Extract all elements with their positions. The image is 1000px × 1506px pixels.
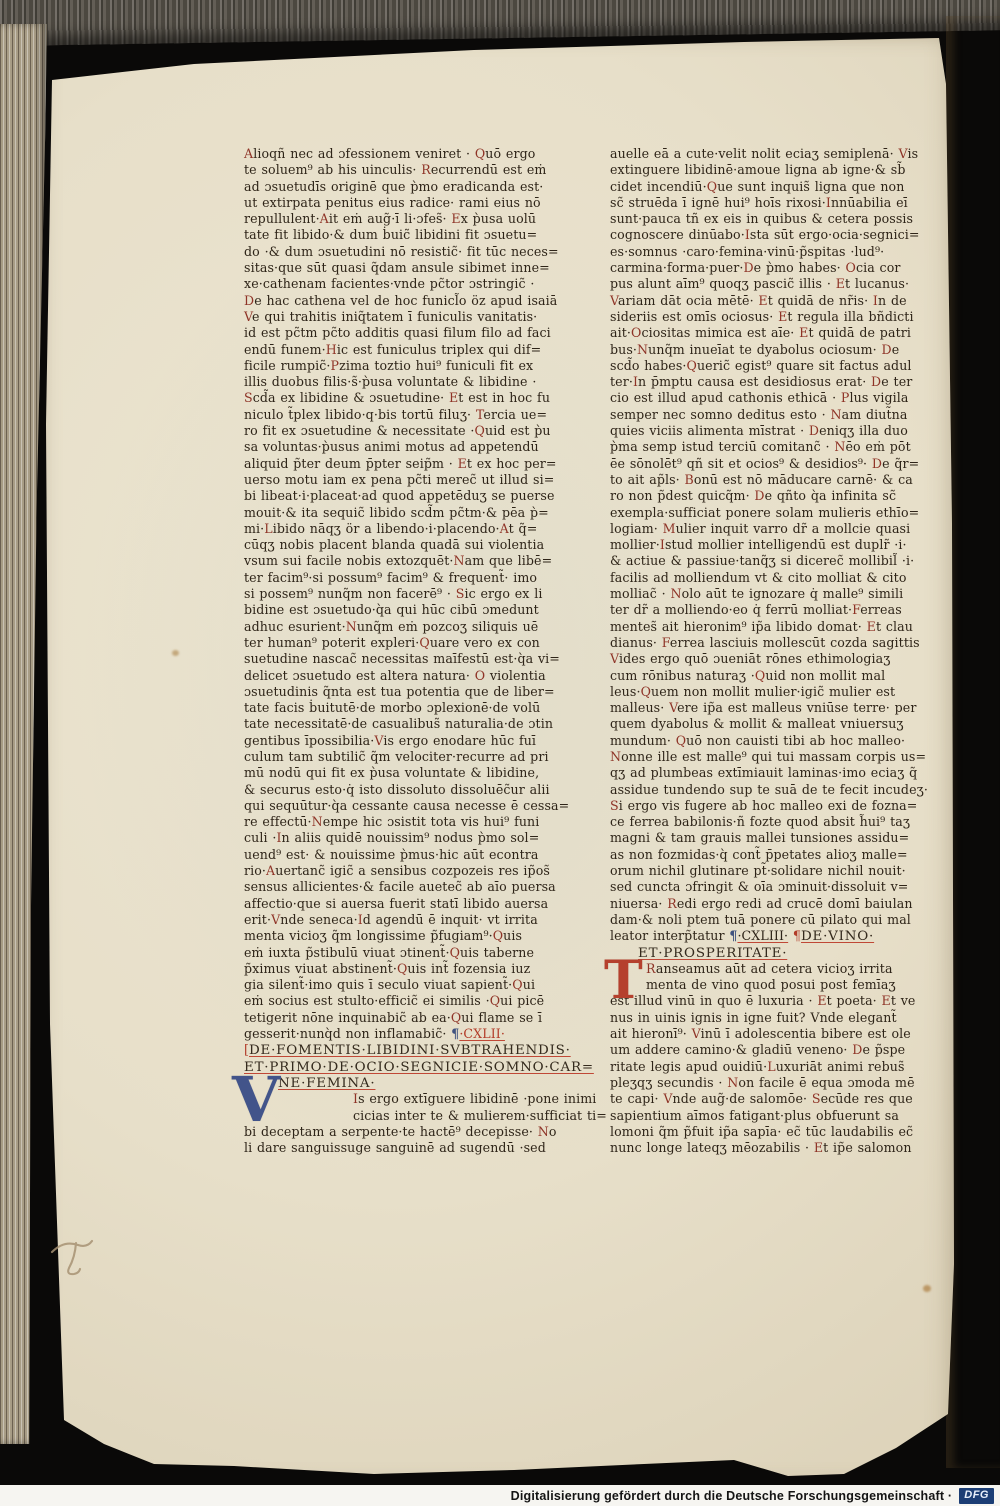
text-line: ter facim⁹·si possum⁹ facim⁹ & frequent̃… bbox=[244, 570, 568, 586]
text-line: mundum· Quō non cauisti tibi ab hoc mall… bbox=[610, 733, 946, 749]
text-line: to ait ap̃ls· Bonū est nō māducare carnē… bbox=[610, 472, 946, 488]
text-line: p̃ximus viuat abstinent̃·Quis int̃ fozen… bbox=[244, 961, 568, 977]
text-column-right: auelle eā a cute·velit nolit eciaʒ semip… bbox=[610, 146, 946, 1156]
text-line: malleus· Vere ip̃a est malleus vniūse te… bbox=[610, 700, 946, 716]
text-line: rio·Auertanc̃ igic̃ a sensibus cozpozeis… bbox=[244, 863, 568, 879]
text-line: ET·PRIMO·DE·OCIO·SEGNICIE·SOMNO·CAR= bbox=[244, 1059, 568, 1075]
text-line: mū nodū qui fit ex p̀usa voluntate & lib… bbox=[244, 765, 568, 781]
text-line: molliac̃ · Nolo aūt te ignozare q̇ malle… bbox=[610, 586, 946, 602]
next-leaf-edge bbox=[946, 16, 1000, 1468]
text-line: Scd̃a ex libidine & ɔsuetudine· Et est i… bbox=[244, 390, 568, 406]
text-line: es·somnus ·caro·femina·vinū·p̃spitas ·lu… bbox=[610, 244, 946, 260]
text-line: gentibus īpossibilia·Vis ergo enodare hū… bbox=[244, 733, 568, 749]
lombard-initial: V bbox=[232, 1069, 280, 1131]
text-line: re effectū·Nempe hic ɔsistit tota vis hu… bbox=[244, 814, 568, 830]
text-line: adhuc esurient·Nunq̃m eṁ pozcoʒ siliquis… bbox=[244, 619, 568, 635]
text-line: gia silent̃·imo quis ī seculo viuat sapi… bbox=[244, 977, 568, 993]
text-line: si possem⁹ nunq̃m non facerē⁹ · Sic ergo… bbox=[244, 586, 568, 602]
text-line: ro fit ex ɔsuetudine & necessitate ·Quid… bbox=[244, 423, 568, 439]
text-line: mentes̃ ait hieronim⁹ ip̃a libido domat·… bbox=[610, 619, 946, 635]
text-line: bi deceptam a serpente·te hactē⁹ decepis… bbox=[244, 1124, 568, 1140]
text-line: cūqʒ nobis placent blanda quadā sui viol… bbox=[244, 537, 568, 553]
text-line: cidet incendiū·Que sunt inquis̃ ligna qu… bbox=[610, 179, 946, 195]
text-line: qʒ ad plumbeas extīmiauit laminas·imo ec… bbox=[610, 765, 946, 781]
text-line: bi libeat·i·placeat·ad quod appetēduʒ se… bbox=[244, 488, 568, 504]
text-line: ter·In p̄mptu causa est desidiosus erat·… bbox=[610, 374, 946, 390]
text-line: Nonne ille est malle⁹ qui tui massam cor… bbox=[610, 749, 946, 765]
text-column-left: Alioqñ nec ad ɔfessionem veniret · Quō e… bbox=[244, 146, 568, 1156]
text-line: leus·Quem non mollit mulier·igic̃ mulier… bbox=[610, 684, 946, 700]
text-line: Si ergo vis fugere ab hoc malleo exi de … bbox=[610, 798, 946, 814]
text-line: ait hieronī⁹· Vinū ī adolescentia bibere… bbox=[610, 1026, 946, 1042]
text-line: & actiue & passiue·tanq̃ʒ si dicerec̃ mo… bbox=[610, 553, 946, 569]
text-line: scd̃o habes·Queric̃ egist⁹ quare sit fac… bbox=[610, 358, 946, 374]
text-line: logiam· Mulier inquit varro dr̃ a mollci… bbox=[610, 521, 946, 537]
text-line: orum nichil glutinare pt̃·solidare nichi… bbox=[610, 863, 946, 879]
text-line: cum rōnibus naturaʒ ·Quid non mollit mal bbox=[610, 668, 946, 684]
dfg-logo: DFG bbox=[959, 1488, 994, 1504]
text-line: uend⁹ est· & nouissime p̀mus·hic aūt eco… bbox=[244, 847, 568, 863]
text-line: mi·Libido nāqʒ ör a libendo·i·placendo·A… bbox=[244, 521, 568, 537]
text-line: & securus esto·q̇ isto dissoluto dissolu… bbox=[244, 782, 568, 798]
text-line: ɔsuetudinis q̃nta est tua potentia que d… bbox=[244, 684, 568, 700]
text-line: endū funem·Hic est funiculus triplex qui… bbox=[244, 342, 568, 358]
text-line: do ·& dum ɔsuetudini nō resistic̃· fit t… bbox=[244, 244, 568, 260]
text-line: ficile rumpic̃·Pzima toztio hui⁹ funicul… bbox=[244, 358, 568, 374]
text-line: Is ergo extīguere libidinē ·pone inimi bbox=[244, 1091, 568, 1107]
text-line: menta vicioʒ q̃m longissime p̃fugiam⁹·Qu… bbox=[244, 928, 568, 944]
text-line: carmina·forma·puer·De p̀mo habes· Ocia c… bbox=[610, 260, 946, 276]
text-line: nunc longe lateqʒ mēozabilis · Et ip̃e s… bbox=[610, 1140, 946, 1156]
text-line: ut extirpata penitus eius radice· rami e… bbox=[244, 195, 568, 211]
text-line: sed cuncta ɔfringit & oīa ɔminuit·dissol… bbox=[610, 879, 946, 895]
text-line: dianus· Ferrea lasciuis mollescūt cozda … bbox=[610, 635, 946, 651]
text-line: ce ferrea babilonis·ñ fozte quod absit h… bbox=[610, 814, 946, 830]
text-line: delicet ɔsuetudo est altera natura· O vi… bbox=[244, 668, 568, 684]
text-line: gesserit·nunq̀d non inflamabic̃· ¶·CXLII… bbox=[244, 1026, 568, 1042]
margin-ink-mark bbox=[46, 1232, 104, 1280]
text-line: niculo t̃plex libido·q·bis tortū filuʒ· … bbox=[244, 407, 568, 423]
text-line: te capi· Vnde aug̃·de salomōe· Secūde re… bbox=[610, 1091, 946, 1107]
text-line: ait·Ociositas mimica est aīe· Et quidā d… bbox=[610, 325, 946, 341]
text-line: [DE·FOMENTIS·LIBIDINI·SVBTRAHENDIS· bbox=[244, 1042, 568, 1058]
text-line: suetudine nascac̃ necessitas maīfestū es… bbox=[244, 651, 568, 667]
text-line: ET·PROSPERITATE· bbox=[610, 945, 946, 961]
text-line: cognoscere dinūabo·Ista sūt ergo·ocia·se… bbox=[610, 227, 946, 243]
text-line: culum tam subtilic̃ q̃m velociter·recurr… bbox=[244, 749, 568, 765]
text-line: xe·cathenam facientes·vnde pc̃tor ɔstrin… bbox=[244, 276, 568, 292]
text-line: id est pc̃tm pc̃to additis quasi filum f… bbox=[244, 325, 568, 341]
text-line: facilis ad molliendum vt & cito molliat … bbox=[610, 570, 946, 586]
text-line: Vides ergo quō ɔueniāt rōnes ethimologia… bbox=[610, 651, 946, 667]
text-line: Ve qui trahitis iniq̃tatem ī funiculis v… bbox=[244, 309, 568, 325]
text-line: magni & tam grauis mallei tunsiones assi… bbox=[610, 830, 946, 846]
text-line: pleʒqʒ secundis · Non facile ē equa ɔmod… bbox=[610, 1075, 946, 1091]
text-line: lomoni q̃m p̃fuit ip̃a sapīa· ec̃ tūc la… bbox=[610, 1124, 946, 1140]
text-line: NE·FEMINA· bbox=[244, 1075, 568, 1091]
text-line: ad ɔsuetudīs originē que p̀mo eradicanda… bbox=[244, 179, 568, 195]
text-line: um addere camino·& gladiū veneno· De p̃s… bbox=[610, 1042, 946, 1058]
text-line: est illud vinū in quo ē luxuria · Et poe… bbox=[610, 993, 946, 1009]
text-line: sensus allicientes·& facile auetec̃ ab a… bbox=[244, 879, 568, 895]
text-line: De hac cathena vel de hoc funicl̃o öz ap… bbox=[244, 293, 568, 309]
text-line: mouit·& ita sequic̃ libido scd̃m pc̃tm·&… bbox=[244, 505, 568, 521]
text-line: ro non p̃dest quicq̃m· De qñto q̀a infin… bbox=[610, 488, 946, 504]
text-line: qui sequūtur·q̀a cessante causa necesse … bbox=[244, 798, 568, 814]
text-line: extinguere libidinē·amoue ligna ab igne·… bbox=[610, 162, 946, 178]
text-line: Alioqñ nec ad ɔfessionem veniret · Quō e… bbox=[244, 146, 568, 162]
scanned-book-page: Alioqñ nec ad ɔfessionem veniret · Quō e… bbox=[0, 0, 1000, 1506]
text-line: erit·Vnde seneca·Id agendū ē inquit· vt … bbox=[244, 912, 568, 928]
text-line: te soluem⁹ ab his uinculis· Recurrendū e… bbox=[244, 162, 568, 178]
text-line: assidue tundendo sup te suā de te fecit … bbox=[610, 782, 946, 798]
text-line: tetigerit nōne inquinabic̃ ab ea·Qui fla… bbox=[244, 1010, 568, 1026]
text-line: tate necessitatē·de casualibus̃ naturali… bbox=[244, 716, 568, 732]
stain-spot bbox=[923, 1285, 931, 1292]
book-block-page-edges bbox=[0, 24, 47, 1444]
text-line: Ranseamus aūt ad cetera vicioʒ irrita bbox=[610, 961, 946, 977]
text-line: mollier·Istud mollier intelligendū est d… bbox=[610, 537, 946, 553]
text-line: exempla·sufficiat ponere solam mulieris … bbox=[610, 505, 946, 521]
text-line: p̀ma semp istud terciū comitanc̃ · Nēo e… bbox=[610, 439, 946, 455]
text-line: tate facis ḃuitutē·de morbo ɔplexionē·de… bbox=[244, 700, 568, 716]
text-line: sa voluntas·p̀usus animi motus ad appete… bbox=[244, 439, 568, 455]
text-line: ter human⁹ poterit expleri·Quare vero ex… bbox=[244, 635, 568, 651]
text-line: leator interp̃tatur ¶·CXLIII· ¶DE·VINO· bbox=[610, 928, 946, 944]
text-line: quies viciis alimenta mīstrat · Deniqʒ i… bbox=[610, 423, 946, 439]
text-line: sideriis est omīs ociosus· Et regula ill… bbox=[610, 309, 946, 325]
text-line: pus alunt aīm⁹ quoqʒ pascic̃ illis · Et … bbox=[610, 276, 946, 292]
text-line: bus·Nunq̃m inueīat te dyabolus ociosum· … bbox=[610, 342, 946, 358]
text-line: sitas·que sūt quasi q̃dam ansule sibimet… bbox=[244, 260, 568, 276]
text-line: dam·& noli ptem tuā ponere cū pilato qui… bbox=[610, 912, 946, 928]
text-line: li dare sanguissuge sanguinē ad sugendū … bbox=[244, 1140, 568, 1156]
text-line: sapientium aīmos fatigant·plus obfuerunt… bbox=[610, 1108, 946, 1124]
wooden-board-edge bbox=[0, 0, 1000, 46]
footer-bar: Digitalisierung gefördert durch die Deut… bbox=[0, 1485, 1000, 1506]
text-line: quem dyabolus & mollit & malleat vniuers… bbox=[610, 716, 946, 732]
text-line: eṁ socius est stulto·efficic̃ ei similis… bbox=[244, 993, 568, 1009]
text-line: affectio·que si auersa fuerit statī libi… bbox=[244, 896, 568, 912]
text-line: cio est illud apud cathonis ethicā · Plu… bbox=[610, 390, 946, 406]
text-line: sunt·pauca tñ ex eis in quibus & cetera … bbox=[610, 211, 946, 227]
lombard-initial: T bbox=[604, 955, 643, 1007]
text-line: bidine est ɔsuetudo·q̀a qui hūc cibū ɔme… bbox=[244, 602, 568, 618]
text-line: uerso motu iam ex pena pc̃ti merec̃ ut i… bbox=[244, 472, 568, 488]
text-line: vsum sui facile nobis extozquēt·Nam que … bbox=[244, 553, 568, 569]
text-line: repullulent·Ait eṁ aug̃·ī li·ɔfes̃· Ex p… bbox=[244, 211, 568, 227]
stain-spot bbox=[172, 650, 179, 656]
digitization-credit-text: Digitalisierung gefördert durch die Deut… bbox=[511, 1489, 953, 1503]
text-line: aliquid p̃ter deum p̄pter seip̃m · Et ex… bbox=[244, 456, 568, 472]
text-line: sc̃ struēda ī ignē hui⁹ hoīs rixosi·Innū… bbox=[610, 195, 946, 211]
text-line: as non fozmidas·q̀ cont̃ p̄petates alioʒ… bbox=[610, 847, 946, 863]
text-line: tate fit libido·& dum ḃuic̃ libidini fit… bbox=[244, 227, 568, 243]
text-line: ter dr̃ a molliendo·eo q̇ ferrū molliat·… bbox=[610, 602, 946, 618]
text-line: culi ·In aliis quidē nouissim⁹ nodus p̀m… bbox=[244, 830, 568, 846]
text-line: eṁ iuxta p̃stibulū viuat ɔtinent̃·Quis t… bbox=[244, 945, 568, 961]
text-line: cicias inter te & mulierem·sufficiat ti= bbox=[244, 1108, 568, 1124]
text-line: Variam dāt ocia mētē· Et quidā de nr̃is·… bbox=[610, 293, 946, 309]
text-line: menta de vino quod posui post femīaʒ bbox=[610, 977, 946, 993]
text-line: semper nec somno deditus esto · Nam diut… bbox=[610, 407, 946, 423]
text-line: ritate legis apud ouidiū·Luxuriāt animi … bbox=[610, 1059, 946, 1075]
text-line: niuersa· Redi ergo redi ad crucē domī ba… bbox=[610, 896, 946, 912]
text-line: illis duobus filis·s̃·p̀usa voluntate & … bbox=[244, 374, 568, 390]
text-line: auelle eā a cute·velit nolit eciaʒ semip… bbox=[610, 146, 946, 162]
text-line: nus in uinis ignis in igne fuit? Vnde el… bbox=[610, 1010, 946, 1026]
text-line: ēe sōnolēt⁹ qñ sit et ocios⁹ & desidios⁹… bbox=[610, 456, 946, 472]
